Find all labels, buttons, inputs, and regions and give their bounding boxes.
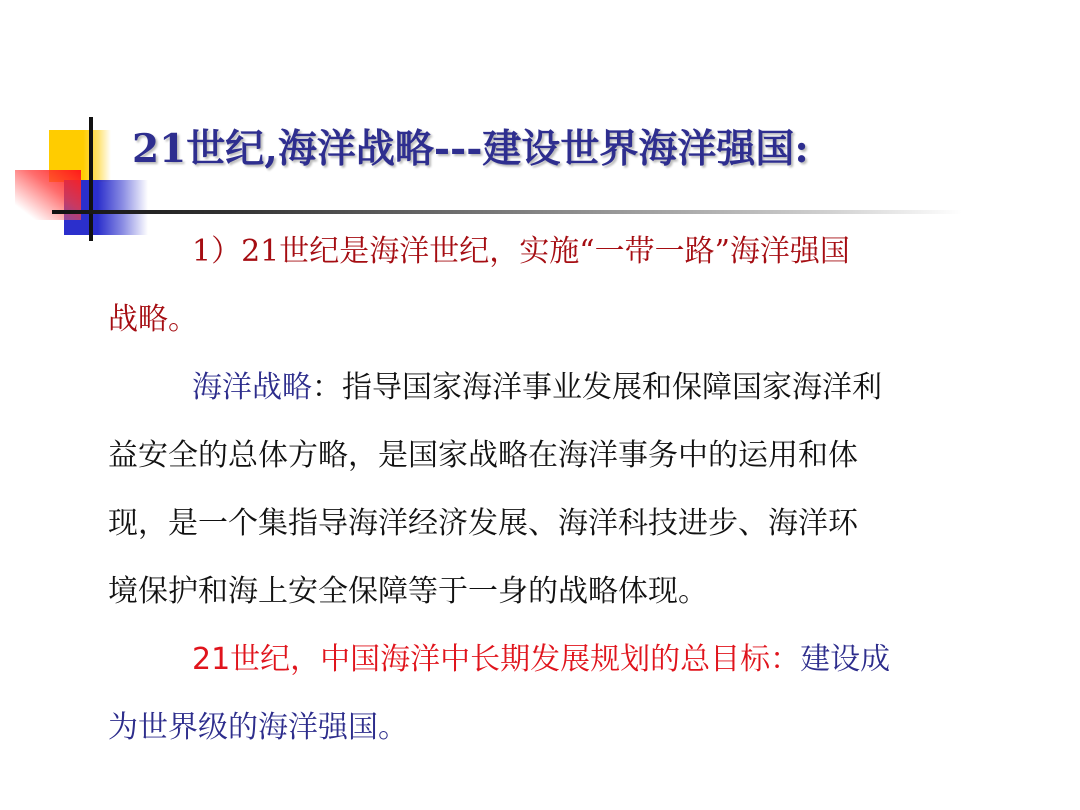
goal-blue-text-start: 建设成 [800,642,890,677]
goal-line-1: 21世纪，中国海洋中长期发展规划的总目标：建设成 [108,626,1028,694]
point-1-line-2: 战略。 [108,286,1028,354]
definition-line-3: 现，是一个集指导海洋经济发展、海洋科技进步、海洋环 [108,490,1028,558]
point-1-line-1: 1）21世纪是海洋世纪，实施“一带一路”海洋强国 [108,218,1028,286]
definition-line-1-text: 指导国家海洋事业发展和保障国家海洋利 [342,370,882,405]
definition-paragraph: 海洋战略：指导国家海洋事业发展和保障国家海洋利 益安全的总体方略，是国家战略在海… [108,354,1028,626]
goal-paragraph: 21世纪，中国海洋中长期发展规划的总目标：建设成 为世界级的海洋强国。 [108,626,1028,762]
definition-line-4: 境保护和海上安全保障等于一身的战略体现。 [108,558,1028,626]
goal-red-text: 21世纪，中国海洋中长期发展规划的总目标： [192,642,800,677]
goal-line-2: 为世界级的海洋强国。 [108,694,1028,762]
definition-term: 海洋战略 [192,370,312,405]
decorative-vertical-line [89,117,93,241]
definition-line-1: 海洋战略：指导国家海洋事业发展和保障国家海洋利 [108,354,1028,422]
definition-line-2: 益安全的总体方略，是国家战略在海洋事务中的运用和体 [108,422,1028,490]
slide-title: 21世纪,海洋战略---建设世界海洋强国: [132,128,809,171]
point-1-paragraph: 1）21世纪是海洋世纪，实施“一带一路”海洋强国 战略。 [108,218,1028,354]
definition-colon: ： [312,370,342,405]
slide: 21世纪,海洋战略---建设世界海洋强国: 1）21世纪是海洋世纪，实施“一带一… [0,0,1080,810]
title-underline-divider [52,210,962,214]
